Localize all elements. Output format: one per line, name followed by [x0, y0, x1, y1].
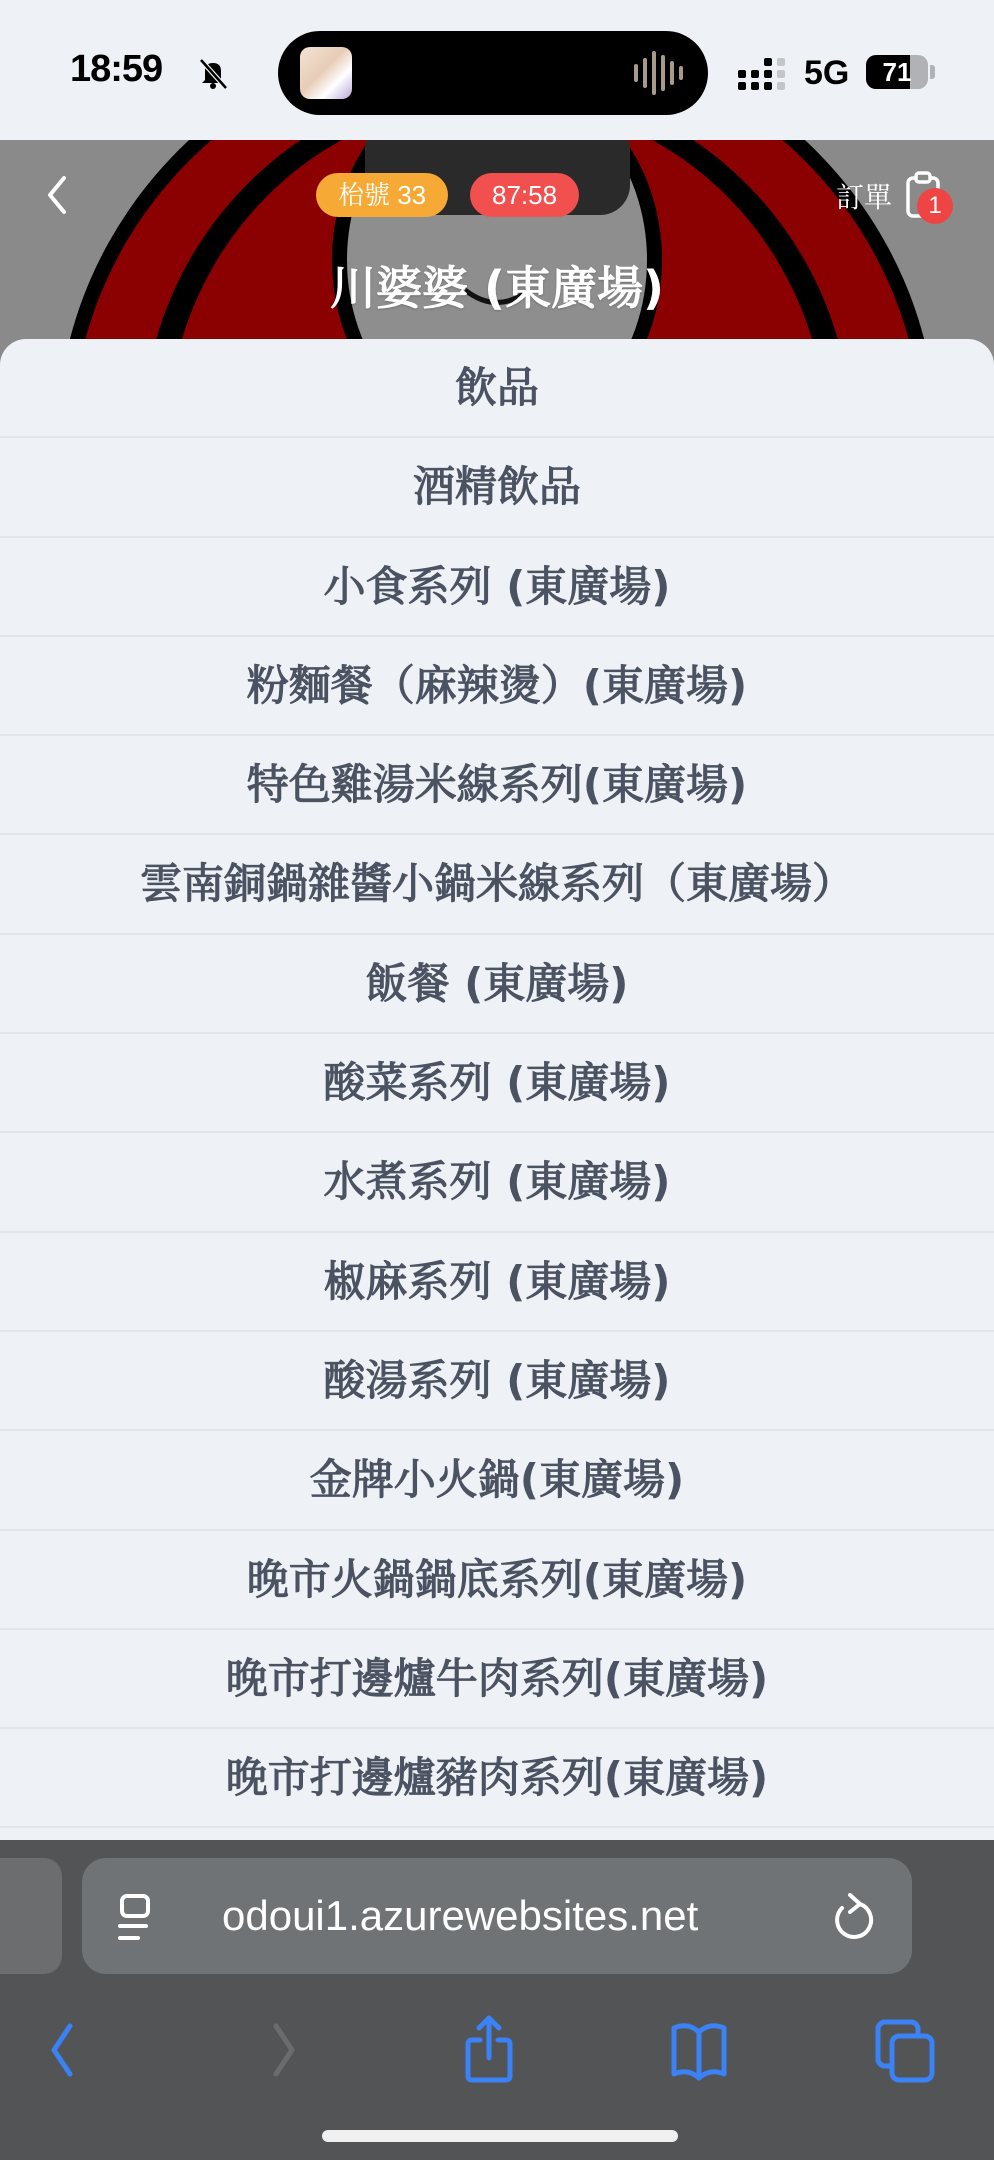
now-playing-artwork: [300, 47, 352, 99]
category-item-chicken-soup-rice-noodles[interactable]: 特色雞湯米線系列(東廣場): [0, 736, 994, 835]
category-item-pickled-cabbage[interactable]: 酸菜系列 (東廣場): [0, 1034, 994, 1133]
category-item-alcoholic-drinks[interactable]: 酒精飲品: [0, 438, 994, 537]
url-text[interactable]: odoui1.azurewebsites.net: [222, 1858, 698, 1974]
browser-toolbar: odoui1.azurewebsites.net: [0, 1840, 994, 2160]
battery-tip: [930, 65, 935, 79]
battery-percent: 71: [866, 55, 928, 89]
status-time: 18:59: [70, 48, 162, 91]
tabs-icon[interactable]: [872, 2010, 942, 2090]
audio-waveform-icon: [634, 49, 686, 97]
category-item-drinks[interactable]: 飲品: [0, 339, 994, 438]
category-item-gold-hotpot[interactable]: 金牌小火鍋(東廣場): [0, 1431, 994, 1530]
category-item-boiled-series[interactable]: 水煮系列 (東廣場): [0, 1133, 994, 1232]
category-item-rice-meals[interactable]: 飯餐 (東廣場): [0, 935, 994, 1034]
store-title: 川婆婆 (東廣場): [0, 252, 994, 318]
table-number-badge: 枱號 33: [316, 173, 448, 217]
orders-count-badge: 1: [917, 188, 953, 224]
share-icon[interactable]: [454, 2010, 524, 2090]
orders-button[interactable]: 訂單: [836, 176, 892, 216]
status-bar: 18:59 5G 71: [0, 0, 994, 140]
category-item-dinner-hotpot-beef[interactable]: 晚市打邊爐牛肉系列(東廣場): [0, 1630, 994, 1729]
category-item-noodles-malatang[interactable]: 粉麵餐（麻辣燙）(東廣場): [0, 637, 994, 736]
home-indicator: [322, 2130, 678, 2142]
category-item-pepper-numbing[interactable]: 椒麻系列 (東廣場): [0, 1233, 994, 1332]
store-header: 枱號 33 87:58 訂單 1 川婆婆 (東廣場): [0, 140, 994, 370]
timer-badge: 87:58: [470, 173, 579, 217]
bookmarks-icon[interactable]: [664, 2010, 734, 2090]
page: 18:59 5G 71: [0, 0, 994, 2160]
address-bar[interactable]: odoui1.azurewebsites.net: [82, 1858, 912, 1974]
browser-forward-button[interactable]: [248, 2010, 318, 2090]
category-menu: 飲品 酒精飲品 小食系列 (東廣場) 粉麵餐（麻辣燙）(東廣場) 特色雞湯米線系…: [0, 339, 994, 1840]
category-item-snacks[interactable]: 小食系列 (東廣場): [0, 538, 994, 637]
dynamic-island[interactable]: [278, 31, 708, 115]
cellular-signal-icon: [738, 58, 785, 90]
battery-icon: 71: [866, 55, 928, 89]
category-item-sour-soup[interactable]: 酸湯系列 (東廣場): [0, 1332, 994, 1431]
reader-mode-icon[interactable]: [116, 1892, 164, 1944]
browser-back-button[interactable]: [30, 2010, 100, 2090]
previous-tab-preview[interactable]: [0, 1858, 62, 1974]
reload-icon[interactable]: [828, 1890, 878, 1944]
category-item-yunnan-copper-pot[interactable]: 雲南銅鍋雜醬小鍋米線系列（東廣場）: [0, 835, 994, 934]
category-item-dinner-hotpot-pork[interactable]: 晚市打邊爐豬肉系列(東廣場): [0, 1729, 994, 1828]
back-button[interactable]: [38, 170, 78, 220]
bell-slash-icon: [196, 56, 230, 90]
network-type: 5G: [804, 54, 849, 93]
category-item-dinner-hotpot-base[interactable]: 晚市火鍋鍋底系列(東廣場): [0, 1531, 994, 1630]
